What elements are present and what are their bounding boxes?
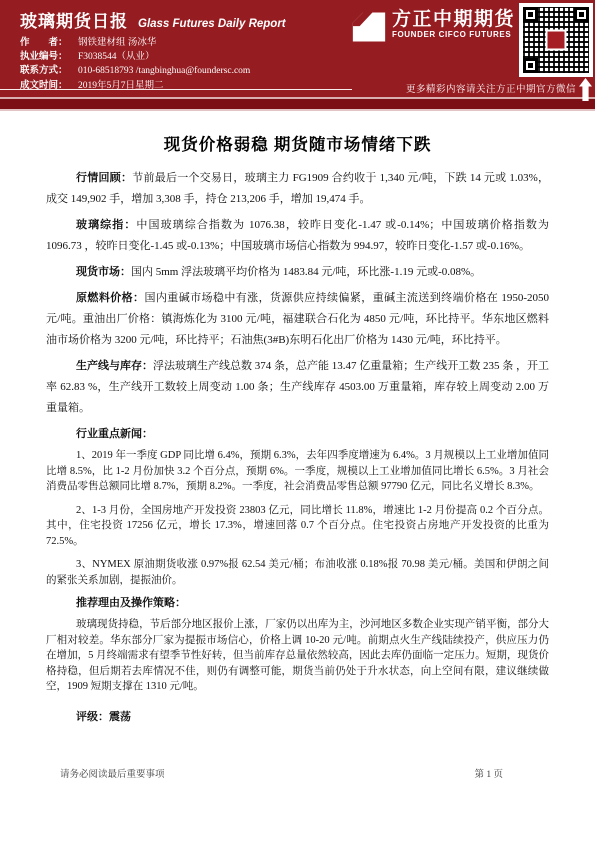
up-arrow-icon	[579, 78, 592, 101]
article-title: 现货价格弱稳 期货随市场情绪下跌	[0, 134, 595, 156]
paragraph-lead: 生产线与库存：	[76, 360, 153, 372]
qr-center-logo	[546, 30, 567, 51]
author-info-block: 作 者：钢铁建材组 汤冰华 执业编号：F3038544（从业） 联系方式：010…	[20, 36, 250, 93]
qr-finder-top-left	[523, 7, 538, 22]
license-row: 执业编号：F3038544（从业）	[20, 50, 250, 64]
footer-disclaimer: 请务必阅读最后重要事项	[60, 766, 165, 780]
author-value: 钢铁建材组 汤冰华	[78, 38, 156, 48]
paragraph-market-review: 行情回顾：节前最后一个交易日，玻璃主力 FG1909 合约收于 1,340 元/…	[46, 168, 549, 210]
report-title-en: Glass Futures Daily Report	[138, 18, 286, 30]
paragraph-lead: 原燃料价格：	[76, 292, 144, 304]
license-label: 执业编号：	[20, 50, 72, 64]
company-name: 方正中期期货 FOUNDER CIFCO FUTURES	[392, 9, 515, 40]
news-item-3: 3、NYMEX 原油期货收涨 0.97%报 62.54 美元/桶；布油收涨 0.…	[46, 557, 549, 588]
founder-logo-icon	[352, 11, 386, 43]
qr-finder-bottom-left	[523, 58, 538, 73]
wechat-qr-code	[519, 3, 593, 77]
qr-finder-top-right	[574, 7, 589, 22]
rating-label: 评级：	[76, 711, 109, 723]
contact-value: 010-68518793 /tangbinghua@foundersc.com	[78, 66, 250, 76]
report-page: { "colors": { "header_bg": "#951C21", "s…	[0, 0, 595, 842]
contact-label: 联系方式：	[20, 64, 72, 78]
paragraph-raw-material: 原燃料价格：国内重碱市场稳中有涨，货源供应持续偏紧，重碱主流送到终端价格在 19…	[46, 288, 549, 351]
strategy-paragraph: 玻璃现货持稳，节后部分地区报价上涨，厂家仍以出库为主，沙河地区多数企业实现产销平…	[46, 617, 549, 695]
date-row: 成文时间：2019年5月7日星期二	[20, 79, 250, 93]
wechat-follow-note: 更多精彩内容请关注方正中期官方微信	[406, 81, 576, 95]
news-item-1: 1、2019 年一季度 GDP 同比增 6.4%，预期 6.3%，去年四季度增速…	[46, 448, 549, 495]
paragraph-lead: 行情回顾：	[76, 172, 132, 184]
article-body: 行情回顾：节前最后一个交易日，玻璃主力 FG1909 合约收于 1,340 元/…	[46, 168, 549, 724]
header-separator-bar	[0, 97, 595, 111]
paragraph-production-inventory: 生产线与库存：浮法玻璃生产线总数 374 条，总产能 13.47 亿重量箱；生产…	[46, 356, 549, 419]
license-value: F3038544（从业）	[78, 52, 155, 62]
author-label: 作 者：	[20, 36, 72, 50]
news-section-heading: 行业重点新闻：	[46, 427, 549, 442]
paragraph-spot-market: 现货市场：国内 5mm 浮法玻璃平均价格为 1483.84 元/吨，环比涨-1.…	[46, 262, 549, 283]
date-label: 成文时间：	[20, 79, 72, 93]
report-title: 玻璃期货日报Glass Futures Daily Report	[20, 7, 286, 32]
company-name-cn: 方正中期期货	[392, 9, 515, 30]
report-title-cn: 玻璃期货日报	[20, 12, 128, 31]
report-header-banner: 玻璃期货日报Glass Futures Daily Report 作 者：钢铁建…	[0, 0, 595, 97]
rating-value: 震荡	[109, 711, 131, 723]
news-item-2: 2、1-3 月份，全国房地产开发投资 23803 亿元，同比增长 11.8%，增…	[46, 503, 549, 550]
company-name-en: FOUNDER CIFCO FUTURES	[392, 30, 515, 40]
strategy-section-heading: 推荐理由及操作策略：	[46, 596, 549, 611]
paragraph-lead: 现货市场：	[76, 266, 131, 278]
author-row: 作 者：钢铁建材组 汤冰华	[20, 36, 250, 50]
header-divider-line	[0, 89, 352, 90]
paragraph-glass-index: 玻璃综指：中国玻璃综合指数为 1076.38，较昨日变化-1.47 或-0.14…	[46, 215, 549, 257]
rating-line: 评级：震荡	[46, 708, 549, 724]
contact-row: 联系方式：010-68518793 /tangbinghua@foundersc…	[20, 64, 250, 78]
page-number: 第 1 页	[474, 766, 503, 780]
paragraph-lead: 玻璃综指：	[76, 219, 136, 231]
company-logo: 方正中期期货 FOUNDER CIFCO FUTURES	[352, 9, 515, 43]
paragraph-text: 国内 5mm 浮法玻璃平均价格为 1483.84 元/吨，环比涨-1.19 元或…	[131, 266, 481, 278]
